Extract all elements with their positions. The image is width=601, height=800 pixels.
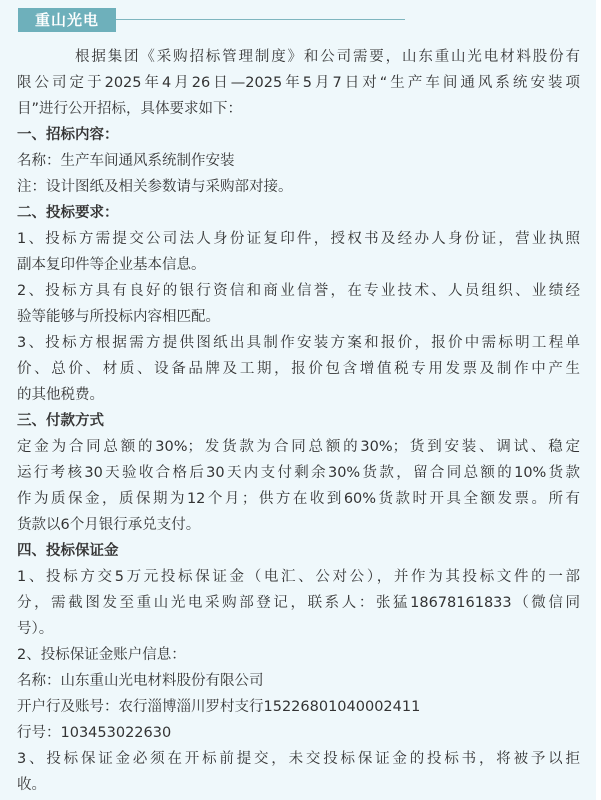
payment-line: 货款以6个月银行承兑支付。 [17, 512, 580, 538]
payment-line: 运行考核30天验收合格后30天内支付剩余30%货款，留合同总额的10%货款 [17, 460, 580, 486]
header-divider [116, 19, 405, 20]
intro-line: 目”进行公开招标，具体要求如下： [17, 96, 580, 122]
bond-line: 3、投标保证金必须在开标前提交，未交投标保证金的投标书，将被予以拒 [17, 746, 580, 772]
section-title-bidding-content: 一、招标内容： [17, 122, 580, 148]
document-panel: 重山光电 根据集团《采购招标管理制度》和公司需要，山东重山光电材料股份有 限公司… [0, 0, 596, 800]
account-bank: 开户行及账号：农行淄博淄川罗村支行15226801040002411 [17, 694, 580, 720]
announcement-body: 根据集团《采购招标管理制度》和公司需要，山东重山光电材料股份有 限公司定于202… [17, 44, 580, 798]
account-name: 名称：山东重山光电材料股份有限公司 [17, 668, 580, 694]
section-title-bid-requirements: 二、投标要求： [17, 200, 580, 226]
requirement-line: 1、投标方需提交公司法人身份证复印件，授权书及经办人身份证，营业执照 [17, 226, 580, 252]
section-title-bid-bond: 四、投标保证金 [17, 538, 580, 564]
requirement-line: 3、投标方根据需方提供图纸出具制作安装方案和报价，报价中需标明工程单 [17, 330, 580, 356]
requirement-line: 2、投标方具有良好的银行资信和商业信誉，在专业技术、人员组织、业绩经 [17, 278, 580, 304]
bond-account-title: 2、投标保证金账户信息： [17, 642, 580, 668]
bank-code: 行号：103453022630 [17, 720, 580, 746]
intro-line: 根据集团《采购招标管理制度》和公司需要，山东重山光电材料股份有 [17, 44, 580, 70]
payment-line: 作为质保金，质保期为12个月；供方在收到60%货款时开具全额发票。所有 [17, 486, 580, 512]
bond-line: 分，需截图发至重山光电采购部登记，联系人：张猛18678161833（微信同 [17, 590, 580, 616]
requirement-line: 副本复印件等企业基本信息。 [17, 252, 580, 278]
bond-line: 号）。 [17, 616, 580, 642]
project-name: 名称：生产车间通风系统制作安装 [17, 148, 580, 174]
section-title-payment: 三、付款方式 [17, 408, 580, 434]
requirement-line: 价、总价、材质、设备品牌及工期，报价包含增值税专用发票及制作中产生 [17, 356, 580, 382]
requirement-line: 的其他税费。 [17, 382, 580, 408]
bond-line: 收。 [17, 772, 580, 798]
requirement-line: 验等能够与所投标内容相匹配。 [17, 304, 580, 330]
intro-line: 限公司定于2025年4月26日—2025年5月7日对“生产车间通风系统安装项 [17, 70, 580, 96]
company-badge: 重山光电 [18, 8, 116, 32]
bond-line: 1、投标方交5万元投标保证金（电汇、公对公），并作为其投标文件的一部 [17, 564, 580, 590]
payment-line: 定金为合同总额的30%；发货款为合同总额的30%；货到安装、调试、稳定 [17, 434, 580, 460]
project-note: 注：设计图纸及相关参数请与采购部对接。 [17, 174, 580, 200]
